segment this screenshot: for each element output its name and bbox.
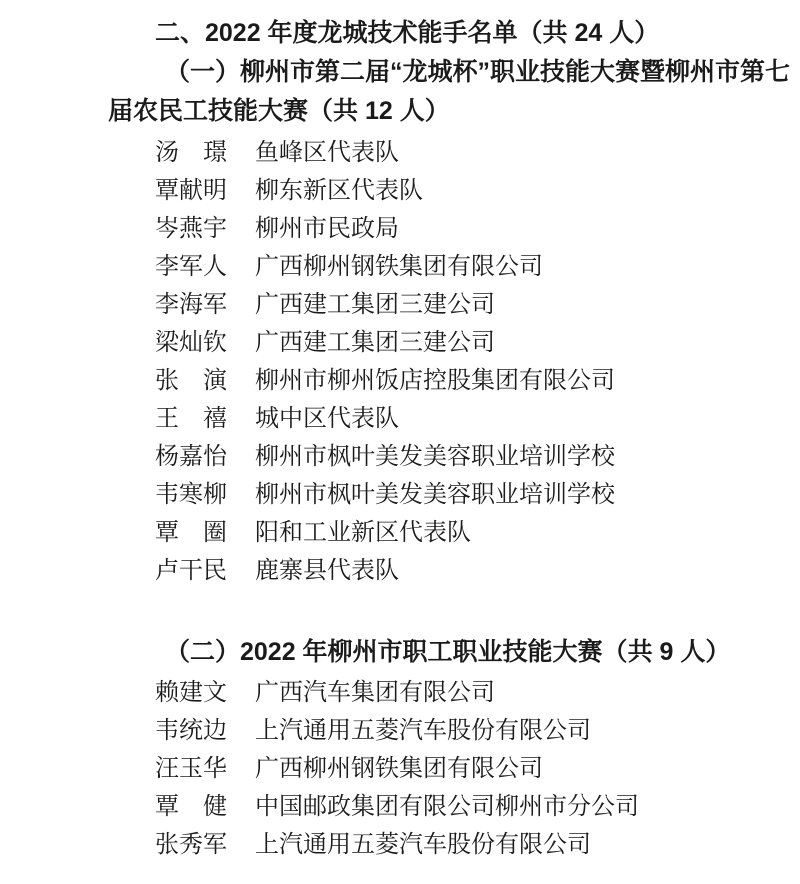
- entry-row: 覃 健 中国邮政集团有限公司柳州市分公司: [108, 788, 748, 826]
- entry-row: 韦寒柳 柳州市枫叶美发美容职业培训学校: [108, 476, 748, 514]
- entry-name: 覃 健: [108, 788, 255, 826]
- entry-name: 覃 圈: [108, 514, 255, 552]
- entry-organization: 城中区代表队: [255, 400, 748, 438]
- entry-row: 韦统边 上汽通用五菱汽车股份有限公司: [108, 712, 748, 750]
- entry-row: 王 禧 城中区代表队: [108, 400, 748, 438]
- entry-row: 李海军 广西建工集团三建公司: [108, 286, 748, 324]
- entry-name: 岑燕宇: [108, 210, 255, 248]
- entry-organization: 广西建工集团三建公司: [255, 324, 748, 362]
- entry-organization: 上汽通用五菱汽车股份有限公司: [255, 826, 748, 864]
- section-1-heading-line-1: （一）柳州市第二届“龙城杯”职业技能大赛暨柳州市第七: [108, 53, 748, 92]
- section-2-entry-list: 赖建文 广西汽车集团有限公司 韦统边 上汽通用五菱汽车股份有限公司 汪玉华 广西…: [108, 674, 748, 864]
- entry-name: 汪玉华: [108, 750, 255, 788]
- entry-organization: 广西建工集团三建公司: [255, 286, 748, 324]
- entry-organization: 阳和工业新区代表队: [255, 514, 748, 552]
- entry-row: 杨嘉怡 柳州市枫叶美发美容职业培训学校: [108, 438, 748, 476]
- entry-organization: 柳州市枫叶美发美容职业培训学校: [255, 438, 748, 476]
- entry-row: 李军人 广西柳州钢铁集团有限公司: [108, 248, 748, 286]
- entry-organization: 柳州市民政局: [255, 210, 748, 248]
- entry-organization: 鱼峰区代表队: [255, 134, 748, 172]
- entry-name: 赖建文: [108, 674, 255, 712]
- document-page: 二、2022 年度龙城技术能手名单（共 24 人） （一）柳州市第二届“龙城杯”…: [0, 0, 800, 884]
- document-title: 二、2022 年度龙城技术能手名单（共 24 人）: [108, 14, 748, 53]
- section-2: （二）2022 年柳州市职工职业技能大赛（共 9 人） 赖建文 广西汽车集团有限…: [108, 633, 748, 864]
- entry-organization: 鹿寨县代表队: [255, 552, 748, 590]
- entry-organization: 柳州市柳州饭店控股集团有限公司: [255, 362, 748, 400]
- entry-organization: 广西柳州钢铁集团有限公司: [255, 750, 748, 788]
- entry-row: 覃献明 柳东新区代表队: [108, 172, 748, 210]
- entry-row: 汪玉华 广西柳州钢铁集团有限公司: [108, 750, 748, 788]
- entry-row: 岑燕宇 柳州市民政局: [108, 210, 748, 248]
- section-1: （一）柳州市第二届“龙城杯”职业技能大赛暨柳州市第七 届农民工技能大赛（共 12…: [108, 53, 748, 590]
- entry-name: 覃献明: [108, 172, 255, 210]
- entry-row: 梁灿钦 广西建工集团三建公司: [108, 324, 748, 362]
- entry-organization: 中国邮政集团有限公司柳州市分公司: [255, 788, 748, 826]
- entry-name: 韦统边: [108, 712, 255, 750]
- entry-row: 赖建文 广西汽车集团有限公司: [108, 674, 748, 712]
- entry-name: 李军人: [108, 248, 255, 286]
- entry-row: 卢干民 鹿寨县代表队: [108, 552, 748, 590]
- entry-name: 张秀军: [108, 826, 255, 864]
- entry-organization: 上汽通用五菱汽车股份有限公司: [255, 712, 748, 750]
- entry-name: 韦寒柳: [108, 476, 255, 514]
- section-1-heading-line-2: 届农民工技能大赛（共 12 人）: [108, 92, 748, 131]
- entry-name: 汤 璟: [108, 134, 255, 172]
- document-content: 二、2022 年度龙城技术能手名单（共 24 人） （一）柳州市第二届“龙城杯”…: [108, 14, 748, 864]
- section-2-heading: （二）2022 年柳州市职工职业技能大赛（共 9 人）: [108, 633, 748, 672]
- entry-organization: 柳东新区代表队: [255, 172, 748, 210]
- entry-name: 张 演: [108, 362, 255, 400]
- section-1-heading: （一）柳州市第二届“龙城杯”职业技能大赛暨柳州市第七 届农民工技能大赛（共 12…: [108, 53, 748, 131]
- entry-row: 张秀军 上汽通用五菱汽车股份有限公司: [108, 826, 748, 864]
- section-1-entry-list: 汤 璟 鱼峰区代表队 覃献明 柳东新区代表队 岑燕宇 柳州市民政局 李军人 广西…: [108, 134, 748, 590]
- entry-row: 覃 圈 阳和工业新区代表队: [108, 514, 748, 552]
- entry-organization: 广西柳州钢铁集团有限公司: [255, 248, 748, 286]
- entry-row: 张 演 柳州市柳州饭店控股集团有限公司: [108, 362, 748, 400]
- entry-name: 李海军: [108, 286, 255, 324]
- entry-organization: 广西汽车集团有限公司: [255, 674, 748, 712]
- entry-row: 汤 璟 鱼峰区代表队: [108, 134, 748, 172]
- entry-name: 梁灿钦: [108, 324, 255, 362]
- entry-name: 王 禧: [108, 400, 255, 438]
- entry-organization: 柳州市枫叶美发美容职业培训学校: [255, 476, 748, 514]
- entry-name: 卢干民: [108, 552, 255, 590]
- section-2-heading-line-1: （二）2022 年柳州市职工职业技能大赛（共 9 人）: [108, 633, 748, 672]
- entry-name: 杨嘉怡: [108, 438, 255, 476]
